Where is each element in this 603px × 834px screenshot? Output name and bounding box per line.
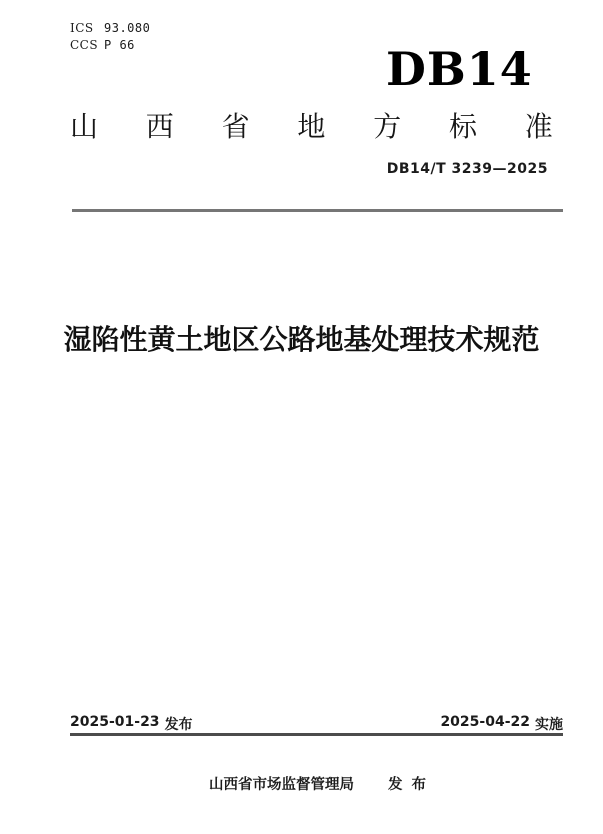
publisher-row: 山西省市场监督管理局 发 布	[72, 773, 563, 794]
issue-date: 2025-01-23	[70, 714, 160, 734]
standard-number: DB14/T 3239—2025	[70, 161, 548, 177]
ics-code-line: ICS 93.080	[70, 20, 150, 37]
publisher-name: 山西省市场监督管理局	[209, 773, 354, 794]
issue-date-label: 发布	[165, 714, 193, 734]
ccs-code-line: CCS P 66	[70, 37, 150, 54]
footer-rule	[70, 733, 563, 736]
ccs-value: P 66	[104, 37, 135, 54]
release-label: 发 布	[388, 773, 426, 794]
dates-row: 2025-01-23 发布 2025-04-22 实施	[70, 714, 563, 734]
ics-value: 93.080	[104, 20, 150, 37]
implement-date-item: 2025-04-22 实施	[440, 714, 563, 734]
implement-date: 2025-04-22	[440, 714, 530, 734]
ics-label: ICS	[70, 20, 104, 37]
ccs-label: CCS	[70, 37, 104, 54]
standard-type-heading: 山西省地方标准	[70, 112, 601, 142]
issue-date-item: 2025-01-23 发布	[70, 714, 193, 734]
document-title: 湿陷性黄土地区公路地基处理技术规范	[56, 323, 547, 357]
implement-date-label: 实施	[535, 714, 563, 734]
standard-cover-page: ICS 93.080 CCS P 66 DB14 山西省地方标准 DB14/T …	[0, 0, 603, 834]
classification-codes: ICS 93.080 CCS P 66	[70, 20, 150, 54]
db14-logo: DB14	[386, 46, 533, 92]
header-rule	[72, 209, 563, 212]
